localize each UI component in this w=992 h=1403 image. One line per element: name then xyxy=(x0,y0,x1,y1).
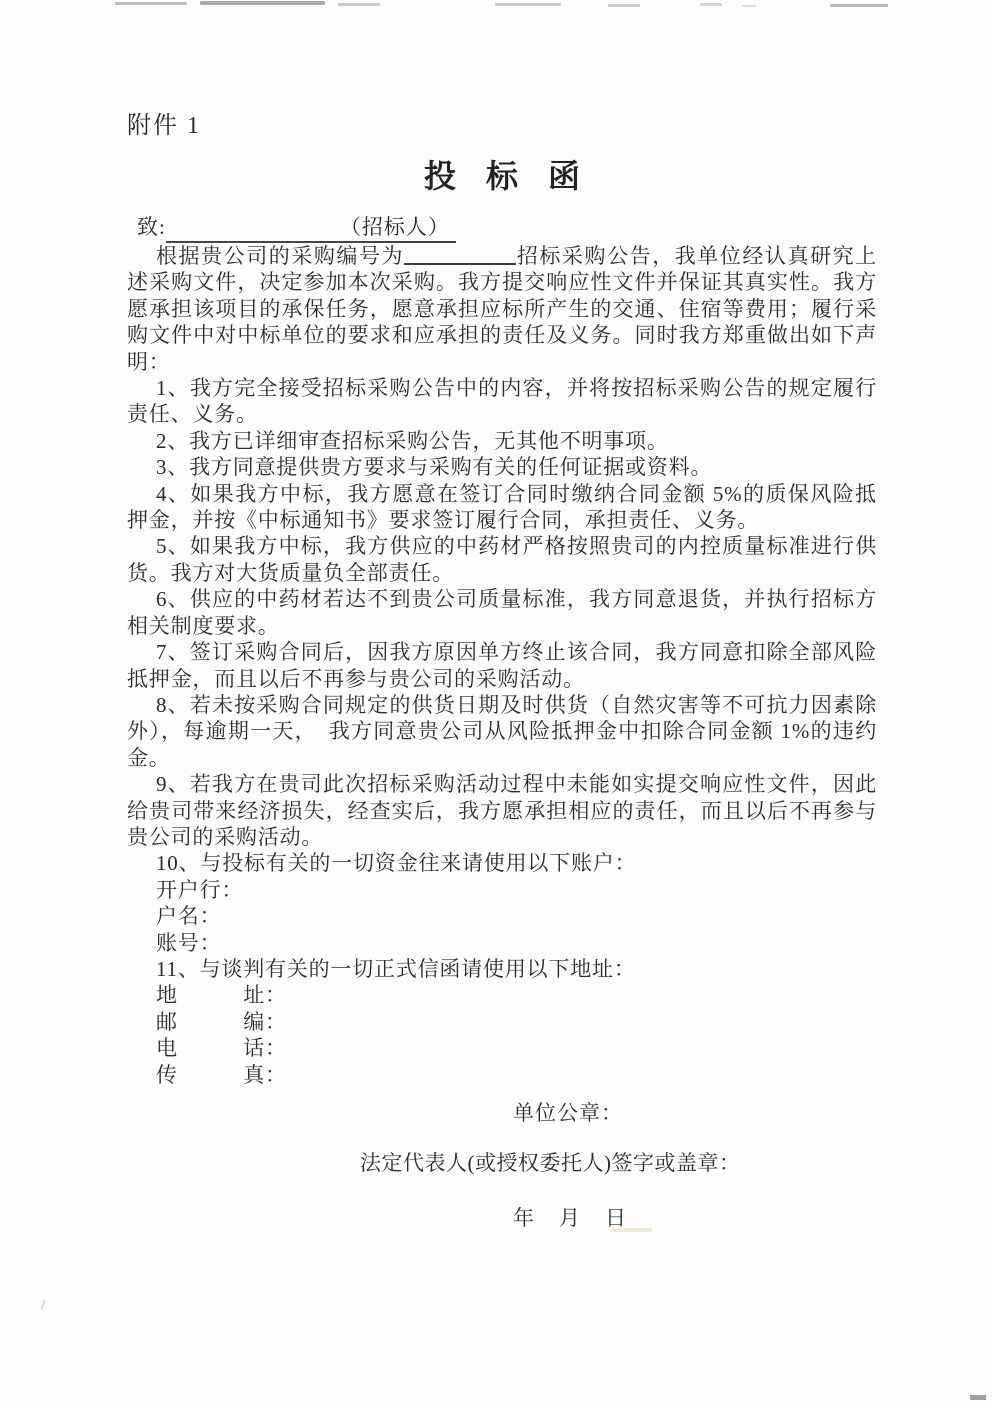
fax-field-label: 传 真： xyxy=(156,1062,877,1088)
scanned-document-page: 附件 1 投标函 致:（招标人） 根据贵公司的采购编号为招标采购公告，我单位经认… xyxy=(0,0,992,1403)
intro-text-before-blank: 根据贵公司的采购编号为 xyxy=(156,244,404,268)
scan-artifact-dash xyxy=(608,4,640,7)
salutation-prefix: 致: xyxy=(137,215,166,239)
account-number-field-label: 账号： xyxy=(156,930,877,956)
clause-7: 7、签订采购合同后，因我方原因单方终止该合同，我方同意扣除全部风险抵押金，而且以… xyxy=(127,639,877,692)
phone-field-label: 电 话： xyxy=(156,1035,877,1061)
scan-artifact-dash xyxy=(742,5,756,7)
clause-8: 8、若未按采购合同规定的供货日期及时供货（自然灾害等不可抗力因素除外），每逾期一… xyxy=(127,692,877,771)
salutation-line: 致:（招标人） xyxy=(127,214,877,243)
clause-6: 6、供应的中药材若达不到贵公司质量标准，我方同意退货，并执行招标方相关制度要求。 xyxy=(127,586,877,639)
attachment-label: 附件 1 xyxy=(127,112,877,140)
scan-artifact-dash xyxy=(338,3,380,6)
addressee-hint: （招标人） xyxy=(340,215,450,239)
procurement-number-blank-line xyxy=(404,245,516,265)
scan-artifact-dash xyxy=(830,4,888,7)
clause-4: 4、如果我方中标，我方愿意在签订合同时缴纳合同金额 5%的质保风险抵押金，并按《… xyxy=(127,481,877,534)
document-title: 投标函 xyxy=(127,155,877,197)
company-seal-label: 单位公章： xyxy=(513,1100,877,1126)
clause-5: 5、如果我方中标，我方供应的中药材严格按照贵司的内控质量标准进行供货。我方对大货… xyxy=(127,533,877,586)
addressee-blank-line: （招标人） xyxy=(166,214,456,243)
scan-artifact-corner-mark xyxy=(970,1395,986,1400)
address-field-label: 地 址： xyxy=(156,982,877,1008)
bank-name-field-label: 开户行： xyxy=(156,877,877,903)
clause-10: 10、与投标有关的一切资金往来请使用以下账户： xyxy=(127,850,877,876)
clause-2: 2、我方已详细审查招标采购公告，无其他不明事项。 xyxy=(127,428,877,454)
scan-artifact-dash xyxy=(115,2,187,5)
account-holder-field-label: 户名： xyxy=(156,903,877,929)
document-body: 附件 1 投标函 致:（招标人） 根据贵公司的采购编号为招标采购公告，我单位经认… xyxy=(127,112,877,1231)
scan-artifact-dash xyxy=(200,1,325,5)
clause-1: 1、我方完全接受招标采购公告中的内容，并将按招标采购公告的规定履行责任、义务。 xyxy=(127,375,877,428)
clause-3: 3、我方同意提供贵方要求与采购有关的任何证据或资料。 xyxy=(127,454,877,480)
scan-artifact-speck xyxy=(41,1300,50,1311)
clause-9: 9、若我方在贵司此次招标采购活动过程中未能如实提交响应性文件，因此给贵司带来经济… xyxy=(127,771,877,850)
scan-artifact-dash xyxy=(495,3,561,6)
intro-paragraph: 根据贵公司的采购编号为招标采购公告，我单位经认真研究上述采购文件，决定参加本次采… xyxy=(127,243,877,375)
date-line: 年 月 日 xyxy=(513,1205,877,1231)
legal-representative-signature-label: 法定代表人(或授权委托人)签字或盖章： xyxy=(360,1150,877,1176)
clause-11: 11、与谈判有关的一切正式信函请使用以下地址： xyxy=(127,956,877,982)
postcode-field-label: 邮 编： xyxy=(156,1009,877,1035)
scan-artifact-dash xyxy=(700,3,722,6)
